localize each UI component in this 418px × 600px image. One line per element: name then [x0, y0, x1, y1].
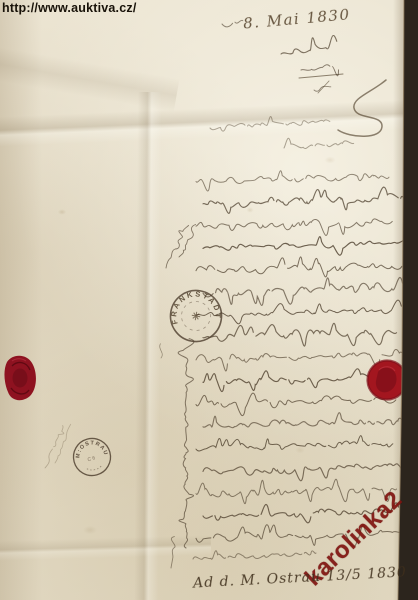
underline-stroke: [299, 74, 343, 78]
postmark-bottom-arc: [87, 465, 103, 472]
wax-seal-right: [368, 361, 407, 400]
handwriting-layer: FRANKSTADT M:OSTRAU C 6: [0, 0, 418, 600]
ink-flourishes: [299, 74, 386, 136]
postmark-rosette-icon: [190, 310, 201, 321]
fraction-slash: [318, 81, 329, 93]
handwritten-script-lines: [44, 20, 409, 568]
source-url-overlay: http://www.auktiva.cz/: [2, 1, 137, 15]
wax-seal-left: [4, 356, 35, 400]
scanned-letter-photo: FRANKSTADT M:OSTRAU C 6: [0, 0, 418, 600]
m-ostrau-postmark: M:OSTRAU C 6: [69, 434, 114, 479]
m-ostrau-postmark-center: C 6: [87, 455, 96, 463]
flourish-swirl: [338, 80, 386, 136]
